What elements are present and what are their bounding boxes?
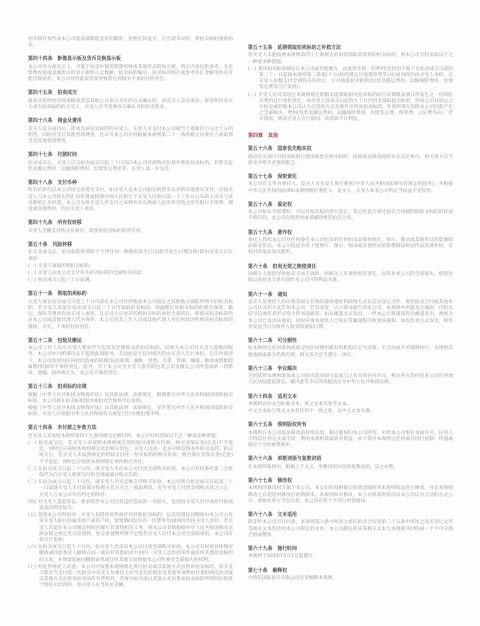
article-list-item: (七) 经征得委托人同意，本公司可按照本规则规定再行拍卖或以其他方式出售该拍卖标… — [28, 565, 233, 590]
article-heading: 第五十八条 鉴定权 — [248, 202, 453, 208]
article-heading: 第五十七条 保密责任 — [248, 174, 453, 180]
article-heading: 第五十六条 国家优先购买权 — [248, 146, 453, 152]
article-paragraph: 本公司如认为需要时，可以对拍卖标的进行鉴定。鉴定结论与委托拍卖合同载明的拍卖标的… — [248, 210, 453, 222]
article-heading: 第七十条 解释权 — [248, 568, 453, 574]
article-paragraph: 本公司工作人员应买受人要求代为包装及处理购买的拍卖标的，仅视为本公司对买受人提供… — [28, 346, 233, 377]
article-list-item: (一) 将该拍卖标的储存在本公司或其他地方，由此发生的一切费用(包括但不限于自拍… — [248, 67, 453, 92]
left-column: 拍卖师有权代表本公司提高或降低竞价的幅度，拒绝任何竞买，在出现争议时，将拍卖标的… — [28, 37, 233, 591]
document-page: 拍卖师有权代表本公司提高或降低竞价的幅度，拒绝任何竞买，在出现争议时，将拍卖标的… — [0, 0, 480, 626]
article-paragraph: 中鸿信国际拍卖有限公司负责解释本规则。 — [248, 576, 453, 582]
article-paragraph: 本规则的修改权专属于本公司。本公司有权根据实际情况随时对本规则依法进行修改，并自… — [248, 486, 453, 505]
article-paragraph: 本规则在本公司依法修改前持续有效，相应版权归本公司所有。未经本公司事先书面许可，… — [248, 431, 453, 450]
continuation-paragraph: 拍卖师有权代表本公司提高或降低竞价的幅度，拒绝任何竞买，在出现争议时，将拍卖标的… — [28, 37, 233, 49]
article-paragraph: 本规则以中文为标准文本，英文文本为参考文本。 — [248, 402, 453, 408]
article-paragraph: 如本规则之任何条款或部分因任何理由被有权机构认定为无效、不合法或不可强制执行，本… — [248, 346, 453, 358]
article-heading: 第五十五条 延期领取拍卖标的之补救方法 — [248, 45, 453, 51]
article-paragraph: 竞买人及委托人均应将其固定有效的通讯地址和联络方式以竞买登记文件、委托拍卖合同或… — [248, 300, 453, 331]
article-paragraph: 政府有关部门对拍卖标的行使国家优先购买权时，按国家法律及政府有关决定执行。相关各… — [248, 155, 453, 167]
article-heading: 第六十七条 修改权 — [248, 478, 453, 484]
article-heading: 第四十六条 佣金及费用 — [28, 118, 233, 124]
article-heading: 第六十三条 争议解决 — [248, 366, 453, 372]
article-paragraph: 凡因依照本规则参加本公司拍卖活动而引起或与之有关的任何争议，相关各方均应向本公司… — [248, 374, 453, 386]
article-heading: 第六十八条 文本适用 — [248, 512, 453, 518]
article-heading: 第四十五条 拍卖成交 — [28, 90, 233, 96]
article-paragraph: 本公司为方便竞买人，可能于拍卖中使用影像投射或其他形式的显示板，所示内容仅供参考… — [28, 65, 233, 84]
article-heading: 第五十二条 包装及搬运 — [28, 338, 233, 344]
article-list-item: (二) 在拍卖成交日起三十日内，就买受人未向本公司付清全部购买价款，本公司有权委… — [28, 467, 233, 479]
article-paragraph: 在本规则条款中，根据上下文义，单数词语亦包括复数词语，反之亦然。 — [248, 465, 453, 471]
article-list-item: (一) 买受人领取所购拍卖标的； — [28, 264, 233, 270]
article-list-item: (二) 买受人向本公司支付有关拍卖标的的全部购买价款； — [28, 271, 233, 277]
chapter-heading: 第四章 其他 — [248, 133, 453, 140]
article-heading: 第五十一条 领取拍卖标的 — [28, 291, 233, 297]
article-paragraph: 根据《中华人民共和国文物保护法》及其他法律、法规规定，限制带出中华人民共和国国境… — [28, 393, 233, 405]
article-heading: 第四十九条 所有权转移 — [28, 220, 233, 226]
article-paragraph: 本规则于2015年5月1日起施行。 — [248, 554, 453, 560]
article-paragraph: 拍卖成交后，买受人应自拍卖成交日起三十日内向本公司付清购买价款并领取拍卖标的。若… — [28, 161, 233, 173]
article-paragraph: 竞买人竞买成功后，即成为该拍卖标的的买受人，买受人应支付本公司相当于落槌价百分之… — [28, 127, 233, 146]
article-heading: 第四十八条 支付币种 — [28, 180, 233, 186]
article-heading: 第五十四条 未付款之补救方法 — [28, 425, 233, 431]
article-heading: 第六十二条 可分割性 — [248, 338, 453, 344]
article-paragraph: 根据《中华人民共和国文物保护法》及其他法律、法规规定，允许带出中华人民共和国国境… — [28, 406, 233, 418]
article-paragraph: 若买受人未能按照本规则第四十七条规定的时间领取其购得的拍卖标的，则本公司有权采取… — [248, 53, 453, 65]
article-paragraph: 本公司有义务为委托人、竞买人及买受人保守秘密(中华人民共和国法律另有规定的除外)… — [248, 182, 453, 194]
article-list-item: (三) 在拍卖成交日起三十日内，就买受人仍未足额支付购买价款，本公司则自拍卖成交… — [28, 480, 233, 499]
article-paragraph: 在买卖成交后，拍卖标的的风险于下列任何一种情况发生后(以较早发生日期为准)即由买… — [28, 250, 233, 262]
article-heading: 第四十七条 付款时间 — [28, 152, 233, 158]
article-heading: 第四十四条 影像显示板及货币兑换显示板 — [28, 56, 233, 62]
article-paragraph: 委托人授权本公司对任何委托本公司拍卖的任何拍卖品制作照片、图示、图录或其他形式的… — [248, 238, 453, 257]
article-paragraph: 若买受人未按照本规则第四十七条的规定足额付款，本公司有权采取以下之一种或多种措施… — [28, 434, 233, 440]
article-heading: 第五十条 风险转移 — [28, 242, 233, 248]
article-list-item: (三) 拍卖成交日起三十日届满。 — [28, 278, 233, 284]
article-paragraph: 除非经本公司另行同意，本规则第六条中所述之委托拍卖合同及第二十五条中所述之竞买登… — [248, 520, 453, 539]
article-paragraph: 买受人全额支付购买价款后，即获得拍卖标的的所有权。 — [28, 229, 233, 235]
article-list-item: (六) 在拍卖成交日起九十日内，如买受人仍未向本公司付清全部购买价款，本公司有权… — [28, 545, 233, 564]
article-list-item: (二) 买受人应对其超过本规则规定期限未能领取相关拍卖标的而自该期限届满日所发生… — [248, 93, 453, 124]
article-paragraph: 最高应价经拍卖师落槌或者以其他公开表示买定的方式确认时，该竞买人竞买成功，即表明… — [28, 99, 233, 111]
article-heading: 第六十九条 施行时间 — [248, 546, 453, 552]
right-column: 第五十五条 延期领取拍卖标的之补救方法若买受人未能按照本规则第四十七条规定的时间… — [248, 45, 453, 583]
article-heading: 第六十四条 适用文本 — [248, 394, 453, 400]
article-heading: 第六十六条 单数词语与复数词语 — [248, 456, 453, 462]
article-heading: 第五十九条 著作权 — [248, 230, 453, 236]
article-paragraph: 因相关人原因导致拍卖交易无效的，则相关人应承担赔偿责任，以弥补本公司的全部损失，… — [248, 272, 453, 284]
article-paragraph: 买受人须在拍卖成交日起三十日内前往本公司住所地或本公司指定之其他地点领取所购买的… — [28, 300, 233, 331]
article-heading: 第六十条 拍卖无效之赔偿责任 — [248, 264, 453, 270]
article-paragraph: 中文文本如与英文文本有任何不一致之处，以中文文本为准。 — [248, 409, 453, 415]
article-list-item: (一) 拍卖成交后，若买受人未按照本规则规定的时限付清购买价款，则买受保证金(定… — [28, 441, 233, 466]
article-paragraph: 所有价款均以本公司指定的货币支付。如买受人以本公司指定的货币以外的其他货币支付，… — [28, 188, 233, 213]
article-list-item: (四) 对买受人提起诉讼，要求赔偿本公司因其违约造成的一切损失，包括因买受人迟付… — [28, 500, 233, 512]
article-heading: 第六十五条 规则版权所有 — [248, 422, 453, 428]
article-list-item: (五) 留置本公司所拍同一买受人拍得的该件或任何其他拍卖标的，以及留置任何期间由… — [28, 513, 233, 544]
article-heading: 第六十一条 通知 — [248, 292, 453, 298]
article-heading: 第五十三条 拍卖标的出境 — [28, 384, 233, 390]
